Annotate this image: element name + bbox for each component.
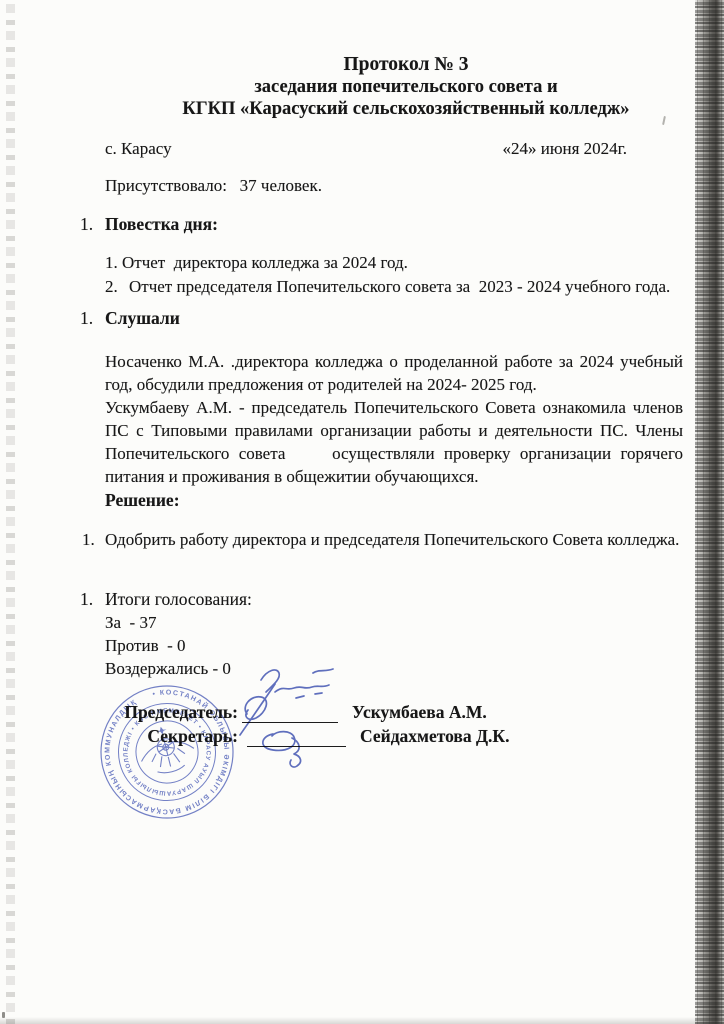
- voting-heading-number: 1.: [80, 588, 105, 610]
- scan-artifact-dot: [2, 1012, 5, 1018]
- title-line-college: КГКП «Карасуский сельскохозяйственный ко…: [96, 98, 716, 120]
- agenda-item-1-text: Отчет директора колледжа за 2024 год.: [122, 251, 408, 275]
- signature-chairman: [240, 669, 333, 735]
- title-line-protocol: Протокол № 3: [96, 54, 716, 76]
- signature-secretary: [263, 732, 301, 767]
- attendance-line: Присутствовало: 37 человек.: [105, 176, 322, 196]
- chairman-name: Ускумбаева А.М.: [352, 702, 487, 723]
- heard-paragraph-2: Ускумбаеву А.М. - председатель Попечител…: [105, 396, 683, 488]
- agenda-heading-number: 1.: [80, 213, 105, 235]
- document-title: Протокол № 3 заседания попечительского с…: [96, 54, 716, 120]
- heard-paragraphs: Носаченко М.А. .директора колледжа о про…: [105, 350, 683, 488]
- agenda-item-1-number: 1.: [105, 251, 122, 275]
- scanned-document-page: Протокол № 3 заседания попечительского с…: [0, 0, 724, 1024]
- voting-results: За - 37 Против - 0 Воздержались - 0: [105, 611, 231, 680]
- voting-heading: 1. Итоги голосования:: [80, 588, 252, 610]
- agenda-item-1: 1. Отчет директора колледжа за 2024 год.: [105, 251, 685, 275]
- secretary-name: Сейдахметова Д.К.: [360, 726, 509, 747]
- agenda-heading: 1. Повестка дня:: [80, 213, 218, 235]
- heard-heading-number: 1.: [80, 307, 105, 329]
- decision-item-1-number: 1.: [82, 528, 105, 551]
- scan-edge-right: [695, 0, 724, 1024]
- agenda-item-2: 2. Отчет председателя Попечительского со…: [105, 275, 685, 299]
- decision-item-1: 1. Одобрить работу директора и председат…: [82, 528, 683, 551]
- stamp-emblem: [135, 720, 199, 778]
- agenda-item-2-text: Отчет председателя Попечительского совет…: [129, 275, 670, 299]
- title-line-meeting: заседания попечительского совета и: [96, 76, 716, 98]
- official-round-stamp: • КОСТАНАЙ ОБЛЫСЫ ӘКІМДІГІ БІЛІМ БАСҚАРМ…: [95, 680, 239, 824]
- heard-heading-title: Слушали: [105, 307, 180, 329]
- scan-edge-left: [6, 0, 15, 1024]
- decision-item-1-text: Одобрить работу директора и председателя…: [105, 528, 683, 551]
- decision-heading: Решение:: [105, 489, 180, 511]
- heard-paragraph-1: Носаченко М.А. .директора колледжа о про…: [105, 350, 683, 396]
- agenda-items: 1. Отчет директора колледжа за 2024 год.…: [105, 251, 685, 298]
- scan-shadow-bottom: [0, 1017, 724, 1024]
- agenda-item-2-number: 2.: [105, 275, 129, 299]
- decision-heading-title: Решение:: [105, 489, 180, 511]
- pen-signatures: [225, 660, 355, 778]
- decision-items: 1. Одобрить работу директора и председат…: [82, 528, 683, 551]
- vote-against: Против - 0: [105, 634, 231, 657]
- meta-row: с. Карасу «24» июня 2024г.: [105, 139, 627, 159]
- vote-abstained: Воздержались - 0: [105, 657, 231, 680]
- place-label: с. Карасу: [105, 139, 172, 159]
- voting-heading-title: Итоги голосования:: [105, 588, 252, 610]
- date-label: «24» июня 2024г.: [502, 139, 627, 159]
- heard-heading: 1. Слушали: [80, 307, 180, 329]
- agenda-heading-title: Повестка дня:: [105, 213, 218, 235]
- vote-for: За - 37: [105, 611, 231, 634]
